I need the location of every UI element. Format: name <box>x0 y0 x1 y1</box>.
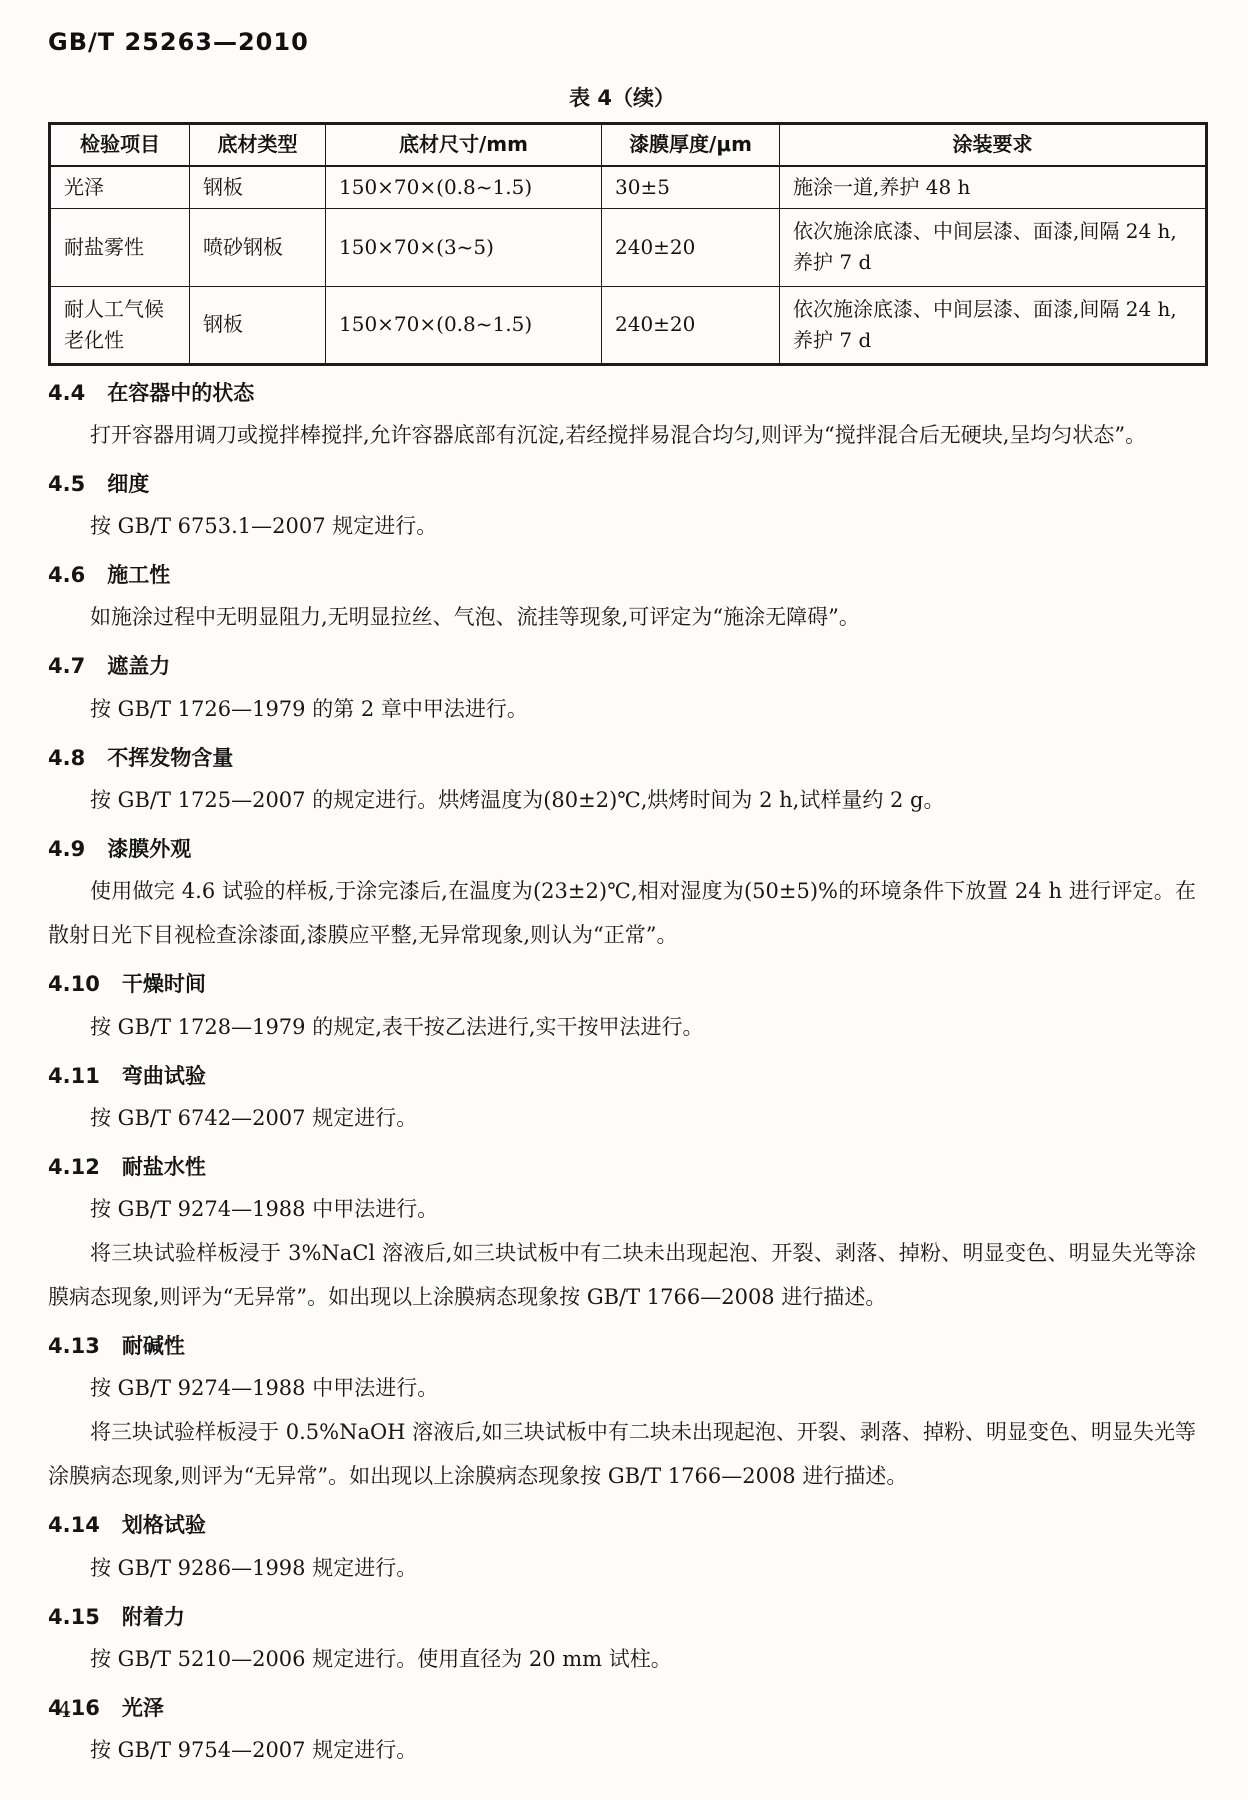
section-title: 弯曲试验 <box>122 1064 206 1088</box>
cell-coating-requirement: 依次施涂底漆、中间层漆、面漆,间隔 24 h,养护 7 d <box>780 208 1207 286</box>
section-paragraph: 按 GB/T 1725—2007 的规定进行。烘烤温度为(80±2)℃,烘烤时间… <box>48 778 1196 822</box>
section-heading-4-9: 4.9漆膜外观 <box>48 836 1196 863</box>
section-paragraph: 如施涂过程中无明显阻力,无明显拉丝、气泡、流挂等现象,可评定为“施涂无障碍”。 <box>48 595 1196 639</box>
section-paragraph: 按 GB/T 9274—1988 中甲法进行。 <box>48 1366 1196 1410</box>
table-row: 光泽 钢板 150×70×(0.8~1.5) 30±5 施涂一道,养护 48 h <box>50 166 1207 209</box>
col-header-coating-requirement: 涂装要求 <box>780 124 1207 166</box>
section-title: 不挥发物含量 <box>107 746 233 770</box>
section-heading-4-11: 4.11弯曲试验 <box>48 1063 1196 1090</box>
section-number: 4.8 <box>48 745 85 772</box>
sections-container: 4.4在容器中的状态 打开容器用调刀或搅拌棒搅拌,允许容器底部有沉淀,若经搅拌易… <box>48 380 1196 1773</box>
section-paragraph: 按 GB/T 6742—2007 规定进行。 <box>48 1096 1196 1140</box>
cell-substrate-size: 150×70×(0.8~1.5) <box>326 286 602 364</box>
standard-number: GB/T 25263—2010 <box>48 28 1196 56</box>
col-header-substrate-type: 底材类型 <box>190 124 326 166</box>
section-heading-4-16: 4.16光泽 <box>48 1695 1196 1722</box>
section-title: 耐盐水性 <box>122 1155 206 1179</box>
col-header-film-thickness: 漆膜厚度/μm <box>602 124 780 166</box>
page-number: 4 <box>58 1698 71 1722</box>
section-title: 漆膜外观 <box>107 837 191 861</box>
section-heading-4-15: 4.15附着力 <box>48 1604 1196 1631</box>
section-paragraph: 将三块试验样板浸于 0.5%NaOH 溶液后,如三块试板中有二块未出现起泡、开裂… <box>48 1410 1196 1498</box>
section-title: 光泽 <box>122 1696 164 1720</box>
section-paragraph: 按 GB/T 9274—1988 中甲法进行。 <box>48 1187 1196 1231</box>
section-number: 4.9 <box>48 836 85 863</box>
section-title: 耐碱性 <box>122 1334 185 1358</box>
section-title: 划格试验 <box>122 1513 206 1537</box>
cell-substrate-type: 钢板 <box>190 286 326 364</box>
section-heading-4-7: 4.7遮盖力 <box>48 653 1196 680</box>
table-row: 耐盐雾性 喷砂钢板 150×70×(3~5) 240±20 依次施涂底漆、中间层… <box>50 208 1207 286</box>
section-title: 遮盖力 <box>107 654 170 678</box>
section-number: 4.16 <box>48 1695 100 1722</box>
section-number: 4.13 <box>48 1333 100 1360</box>
section-title: 细度 <box>107 472 149 496</box>
section-paragraph: 使用做完 4.6 试验的样板,于涂完漆后,在温度为(23±2)℃,相对湿度为(5… <box>48 869 1196 957</box>
table-header-row: 检验项目 底材类型 底材尺寸/mm 漆膜厚度/μm 涂装要求 <box>50 124 1207 166</box>
section-paragraph: 按 GB/T 9286—1998 规定进行。 <box>48 1546 1196 1590</box>
cell-film-thickness: 240±20 <box>602 208 780 286</box>
section-number: 4.14 <box>48 1512 100 1539</box>
col-header-test-item: 检验项目 <box>50 124 190 166</box>
cell-film-thickness: 30±5 <box>602 166 780 209</box>
section-paragraph: 将三块试验样板浸于 3%NaCl 溶液后,如三块试板中有二块未出现起泡、开裂、剥… <box>48 1231 1196 1319</box>
cell-film-thickness: 240±20 <box>602 286 780 364</box>
cell-substrate-size: 150×70×(3~5) <box>326 208 602 286</box>
section-number: 4.4 <box>48 380 85 407</box>
cell-substrate-type: 喷砂钢板 <box>190 208 326 286</box>
document-page: GB/T 25263—2010 表 4（续） 检验项目 底材类型 底材尺寸/mm… <box>0 0 1248 1800</box>
col-header-substrate-size: 底材尺寸/mm <box>326 124 602 166</box>
cell-test-item: 耐盐雾性 <box>50 208 190 286</box>
section-number: 4.15 <box>48 1604 100 1631</box>
section-paragraph: 按 GB/T 1726—1979 的第 2 章中甲法进行。 <box>48 687 1196 731</box>
section-paragraph: 按 GB/T 6753.1—2007 规定进行。 <box>48 504 1196 548</box>
section-title: 施工性 <box>107 563 170 587</box>
section-title: 干燥时间 <box>122 972 206 996</box>
cell-test-item: 光泽 <box>50 166 190 209</box>
section-heading-4-4: 4.4在容器中的状态 <box>48 380 1196 407</box>
cell-test-item: 耐人工气候老化性 <box>50 286 190 364</box>
section-number: 4.7 <box>48 653 85 680</box>
table-row: 耐人工气候老化性 钢板 150×70×(0.8~1.5) 240±20 依次施涂… <box>50 286 1207 364</box>
section-paragraph: 按 GB/T 1728—1979 的规定,表干按乙法进行,实干按甲法进行。 <box>48 1005 1196 1049</box>
table-caption: 表 4（续） <box>48 82 1196 112</box>
section-number: 4.5 <box>48 471 85 498</box>
section-paragraph: 按 GB/T 9754—2007 规定进行。 <box>48 1728 1196 1772</box>
section-heading-4-12: 4.12耐盐水性 <box>48 1154 1196 1181</box>
section-number: 4.10 <box>48 971 100 998</box>
section-title: 附着力 <box>122 1605 185 1629</box>
section-heading-4-8: 4.8不挥发物含量 <box>48 745 1196 772</box>
cell-coating-requirement: 依次施涂底漆、中间层漆、面漆,间隔 24 h,养护 7 d <box>780 286 1207 364</box>
section-paragraph: 打开容器用调刀或搅拌棒搅拌,允许容器底部有沉淀,若经搅拌易混合均匀,则评为“搅拌… <box>48 413 1196 457</box>
section-paragraph: 按 GB/T 5210—2006 规定进行。使用直径为 20 mm 试柱。 <box>48 1637 1196 1681</box>
cell-coating-requirement: 施涂一道,养护 48 h <box>780 166 1207 209</box>
section-heading-4-10: 4.10干燥时间 <box>48 971 1196 998</box>
spec-table: 检验项目 底材类型 底材尺寸/mm 漆膜厚度/μm 涂装要求 光泽 钢板 150… <box>48 122 1208 366</box>
cell-substrate-type: 钢板 <box>190 166 326 209</box>
section-heading-4-5: 4.5细度 <box>48 471 1196 498</box>
section-heading-4-6: 4.6施工性 <box>48 562 1196 589</box>
section-number: 4.6 <box>48 562 85 589</box>
section-number: 4.11 <box>48 1063 100 1090</box>
section-heading-4-13: 4.13耐碱性 <box>48 1333 1196 1360</box>
section-heading-4-14: 4.14划格试验 <box>48 1512 1196 1539</box>
section-number: 4.12 <box>48 1154 100 1181</box>
cell-substrate-size: 150×70×(0.8~1.5) <box>326 166 602 209</box>
section-title: 在容器中的状态 <box>107 381 254 405</box>
